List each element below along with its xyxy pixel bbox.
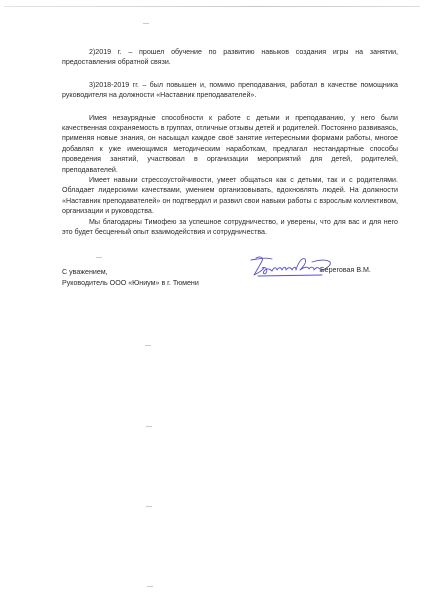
paragraph-gratitude: Мы благодарны Тимофею за успешное сотруд… [62, 217, 398, 238]
paragraph-skills: Имеет навыки стрессоустойчивости, умеет … [62, 175, 398, 217]
scan-speck [96, 257, 102, 258]
scan-edge-line [4, 6, 420, 7]
paragraph-item-2: 2)2019 г. – прошел обучение по развитию … [62, 47, 398, 68]
paragraph-item-3: 3)2018-2019 гг. – был повышен и, помимо … [62, 80, 398, 101]
letter-body: 2)2019 г. – прошел обучение по развитию … [62, 47, 398, 238]
regards-text: С уважением, [62, 267, 199, 278]
scan-speck [146, 506, 152, 507]
scan-speck [143, 23, 149, 24]
document-page: 2)2019 г. – прошел обучение по развитию … [0, 0, 424, 600]
scan-speck [147, 586, 153, 587]
scan-speck [145, 345, 151, 346]
signer-name: Береговая В.М. [320, 266, 371, 274]
signer-position: Руководитель ООО «Юниум» в г. Тюмени [62, 278, 199, 289]
closing-block: С уважением, Руководитель ООО «Юниум» в … [62, 267, 199, 289]
paragraph-abilities: Имея незаурядные способности к работе с … [62, 113, 398, 175]
signature-block: Береговая В.М. [248, 254, 388, 284]
scan-speck [146, 426, 152, 427]
